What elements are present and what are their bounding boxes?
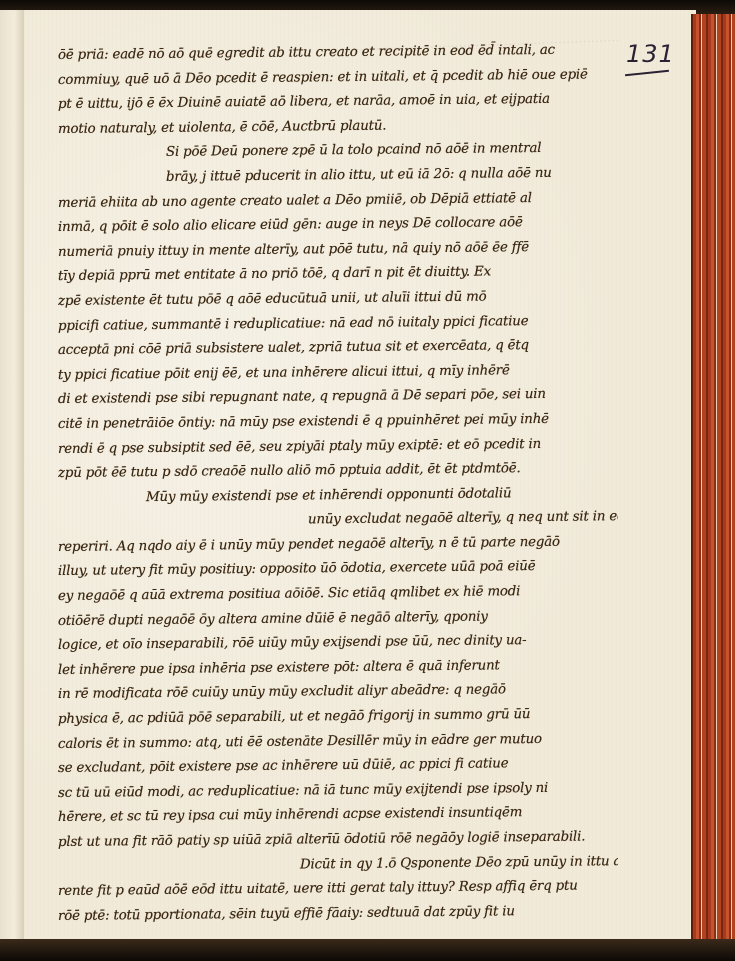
book-bottom-shadow	[0, 939, 735, 961]
facing-page-edge	[0, 10, 25, 940]
folio-number: 131	[626, 40, 675, 68]
red-page-edges	[691, 14, 735, 949]
text-line: rōē ptē: totū pportionata, sēin tuyū eff…	[58, 899, 618, 929]
manuscript-text: ōē priā: eadē nō aō quē egredit ab ittu …	[58, 44, 618, 929]
